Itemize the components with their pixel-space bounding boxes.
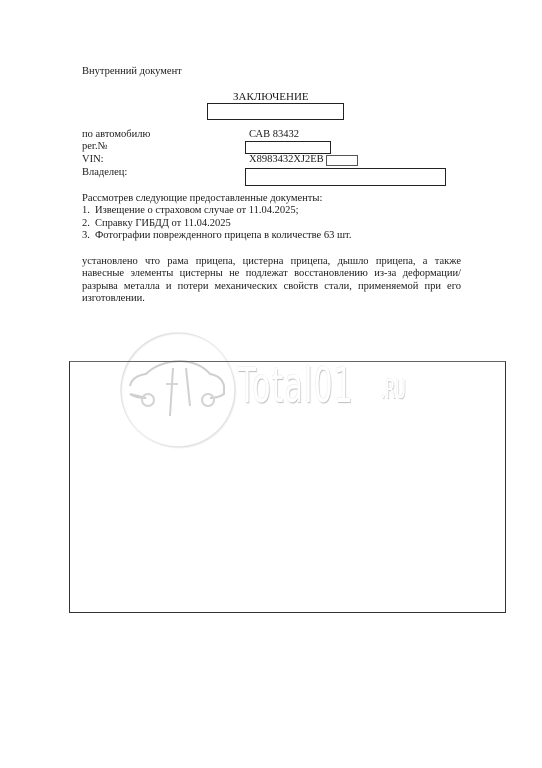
redacted-box-reg bbox=[245, 141, 331, 154]
field-value-vin: X8983432XJ2EB bbox=[249, 154, 324, 166]
field-label-owner: Владелец: bbox=[82, 167, 127, 179]
list-item: 3.Фотографии поврежденного прицепа в кол… bbox=[82, 230, 351, 242]
conclusion-paragraph: установлено что рама прицепа, цистерна п… bbox=[82, 256, 461, 306]
redacted-box-owner bbox=[245, 168, 446, 186]
image-frame bbox=[69, 361, 506, 613]
redacted-box-title bbox=[207, 103, 344, 120]
documents-intro: Рассмотрев следующие предоставленные док… bbox=[82, 193, 351, 205]
field-value-vehicle: САВ 83432 bbox=[249, 129, 299, 141]
redacted-box-vin bbox=[326, 155, 358, 166]
list-item: 1.Извещение о страховом случае от 11.04.… bbox=[82, 205, 351, 217]
documents-section: Рассмотрев следующие предоставленные док… bbox=[82, 193, 351, 243]
document-title: ЗАКЛЮЧЕНИЕ bbox=[233, 91, 309, 103]
document-header-note: Внутренний документ bbox=[82, 66, 182, 78]
field-label-vin: VIN: bbox=[82, 154, 104, 166]
field-label-reg: рег.№ bbox=[82, 141, 108, 153]
list-item: 2.Справку ГИБДД от 11.04.2025 bbox=[82, 218, 351, 230]
field-label-vehicle: по автомобилю bbox=[82, 129, 150, 141]
